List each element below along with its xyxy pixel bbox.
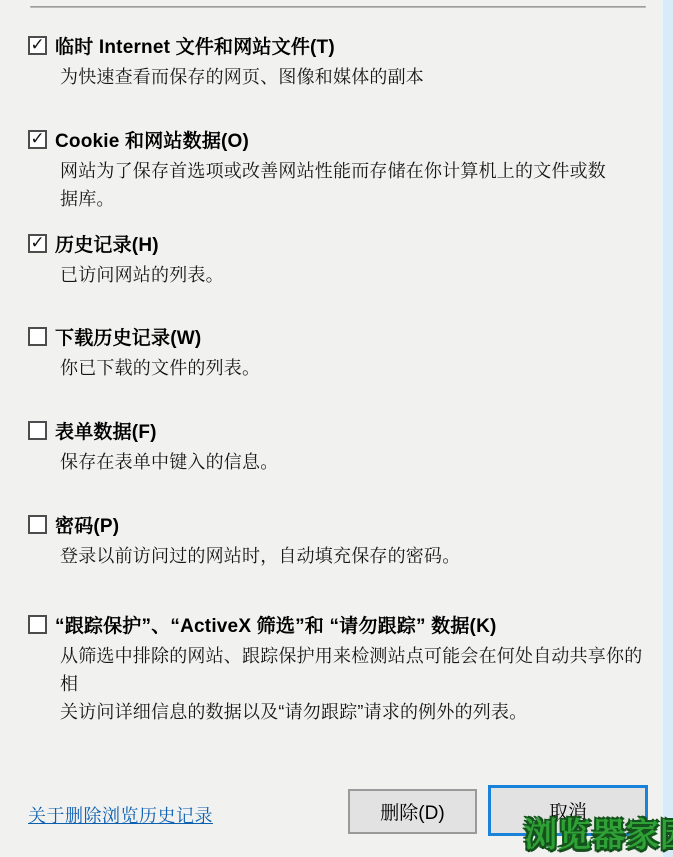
item-form-data: 表单数据(F) 保存在表单中键入的信息。	[28, 418, 648, 476]
item-description: 从筛选中排除的网站、跟踪保护用来检测站点可能会在何处自动共享你的相 关访问详细信…	[60, 642, 660, 726]
item-description: 已访问网站的列表。	[60, 261, 660, 289]
checkbox-label[interactable]: 下载历史记录(W)	[55, 323, 201, 350]
window-edge	[662, 0, 673, 857]
item-download-history: 下载历史记录(W) 你已下载的文件的列表。	[28, 324, 648, 382]
item-description: 保存在表单中键入的信息。	[60, 448, 660, 476]
history-checkbox[interactable]	[28, 234, 47, 253]
checkbox-label[interactable]: 密码(P)	[55, 511, 119, 538]
checkbox-label[interactable]: “跟踪保护”、“ActiveX 筛选”和 “请勿跟踪” 数据(K)	[55, 611, 497, 638]
item-description: 网站为了保存首选项或改善网站性能而存储在你计算机上的文件或数 据库。	[60, 157, 660, 213]
item-description: 你已下载的文件的列表。	[60, 354, 660, 382]
item-history: 历史记录(H) 已访问网站的列表。	[28, 231, 648, 289]
form-data-checkbox[interactable]	[28, 421, 47, 440]
delete-browsing-history-dialog: 临时 Internet 文件和网站文件(T) 为快速查看而保存的网页、图像和媒体…	[0, 0, 673, 857]
checkbox-label[interactable]: Cookie 和网站数据(O)	[55, 126, 249, 153]
item-passwords: 密码(P) 登录以前访问过的网站时，自动填充保存的密码。	[28, 512, 648, 570]
cancel-button[interactable]: 取消	[488, 785, 648, 836]
tracking-protection-checkbox[interactable]	[28, 615, 47, 634]
checkbox-label[interactable]: 表单数据(F)	[55, 417, 157, 444]
item-tracking-protection-data: “跟踪保护”、“ActiveX 筛选”和 “请勿跟踪” 数据(K) 从筛选中排除…	[28, 612, 648, 726]
item-description: 为快速查看而保存的网页、图像和媒体的副本	[60, 63, 660, 91]
checkbox-label[interactable]: 临时 Internet 文件和网站文件(T)	[55, 32, 335, 59]
about-delete-browsing-history-link[interactable]: 关于删除浏览历史记录	[28, 802, 213, 828]
temporary-internet-files-checkbox[interactable]	[28, 36, 47, 55]
top-divider	[30, 6, 646, 8]
checkbox-label[interactable]: 历史记录(H)	[55, 230, 159, 257]
delete-button[interactable]: 删除(D)	[348, 789, 477, 834]
item-description: 登录以前访问过的网站时，自动填充保存的密码。	[60, 542, 660, 570]
item-cookies-and-site-data: Cookie 和网站数据(O) 网站为了保存首选项或改善网站性能而存储在你计算机…	[28, 127, 648, 213]
item-temporary-internet-files: 临时 Internet 文件和网站文件(T) 为快速查看而保存的网页、图像和媒体…	[28, 33, 648, 91]
passwords-checkbox[interactable]	[28, 515, 47, 534]
download-history-checkbox[interactable]	[28, 327, 47, 346]
cookies-checkbox[interactable]	[28, 130, 47, 149]
